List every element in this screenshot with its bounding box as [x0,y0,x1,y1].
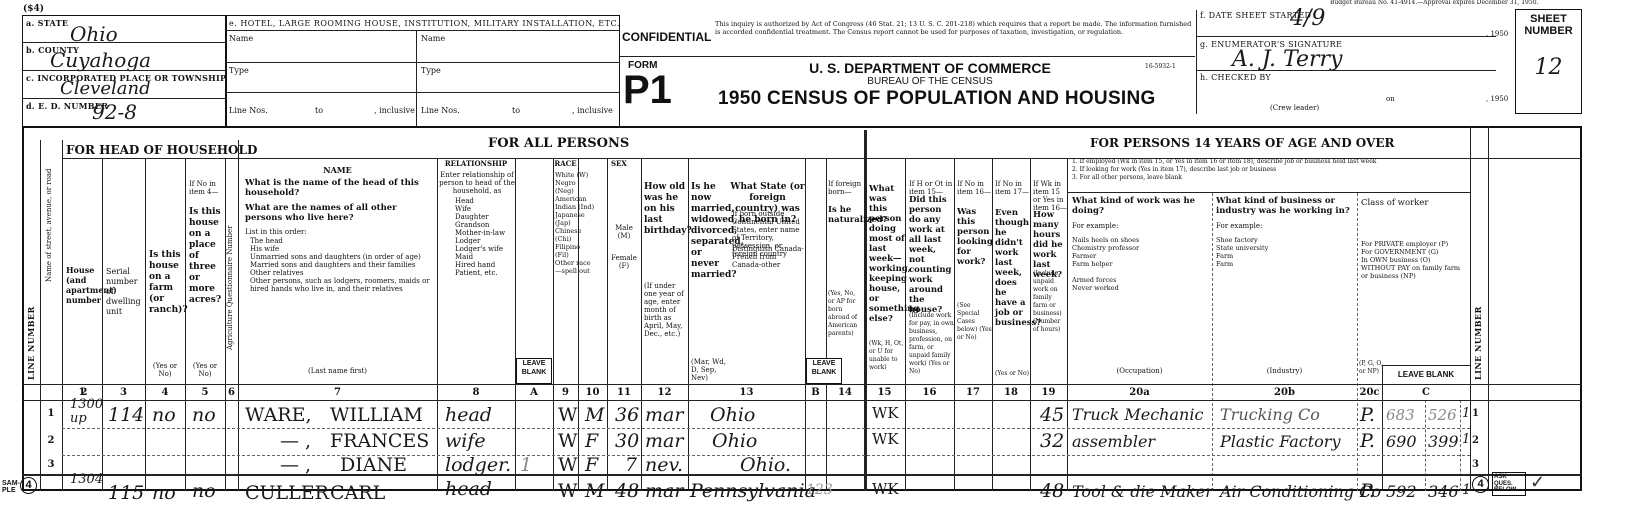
sex[interactable]: M [585,404,604,426]
class-of-worker[interactable]: P. [1360,480,1375,502]
relationship[interactable]: lodger. [445,454,511,476]
col-ind-examples: Shoe factory State university Farm Farm [1216,236,1354,268]
col-agri: Agriculture Questionnaire Number [226,226,234,350]
occupation[interactable]: Truck Mechanic [1072,405,1203,424]
form-number: P1 [623,70,672,110]
col-occ-hint: (Occupation) [1067,367,1212,375]
col-marital-hint: (Mar, Wd, D, Sep, Nev) [691,358,731,382]
industry[interactable]: Plastic Factory [1220,432,1341,451]
colnum-17: 17 [954,387,992,398]
acres-answer[interactable]: no [192,404,216,426]
colnum-7: 7 [238,387,437,398]
colnum-18: 18 [992,387,1030,398]
sheet-number-value[interactable]: 12 [1515,55,1582,80]
col-hours-hint: (Include unpaid work on family farm or b… [1033,270,1067,334]
activity[interactable]: WK [872,430,899,448]
activity[interactable]: WK [872,404,899,422]
col-street: Name of street, avenue, or road [45,168,53,282]
checkmark-icon: ✓ [1530,472,1545,493]
col-birthplace-hint2: Distinguish Canada-French from Canada-ot… [732,245,804,269]
colnum-5: 5 [185,387,225,398]
col-rel-list: Head Wife Daughter Grandson Mother-in-la… [455,197,515,277]
industry[interactable]: Trucking Co [1220,405,1320,424]
col-class-hint: (P, G, O, or NP) [1359,360,1383,376]
col-job-pre: If No in item 17— [995,180,1030,196]
form-code-number: 16-5932-1 [1145,63,1176,71]
first-name[interactable]: DIANE [340,454,407,476]
colnum-16: 16 [905,387,954,398]
marital-status[interactable]: mar [645,480,683,502]
sample-line-circle-right: 4 [1472,476,1489,493]
enumerator-signature[interactable]: A. J. Terry [1232,47,1342,72]
col-line-number: LINE NUMBER [26,306,36,380]
first-name[interactable]: CARL [330,482,385,504]
leave-blank-b: LEAVE BLANK [806,358,842,384]
line-nos-label-2: Line Nos. [421,106,460,116]
code-c3: 1 [1462,432,1470,447]
relationship[interactable]: head [445,478,492,500]
hours[interactable]: 32 [1040,430,1064,452]
birthplace[interactable]: Pennsylvania [690,480,816,502]
col-farm: Is this house on a farm (or ranch)? [149,250,183,316]
col-ind-examples-label: For example: [1216,222,1262,230]
class-of-worker[interactable]: P. [1360,430,1375,452]
state-label: a. STATE [26,18,68,28]
code-c1: 683 [1386,406,1415,424]
col-age-hint: (If under one year of age, enter month o… [644,282,688,338]
emp-notes: 1. If employed (Wk in item 15, or Yes in… [1072,158,1467,182]
institution-name-label: Name [229,34,253,44]
col-marital: Is he now married, widowed, divorced, se… [691,182,731,281]
col-name-hint: (Last name first) [238,367,437,375]
hours[interactable]: 48 [1040,480,1064,502]
col-acres-pre: If No in item 4— [189,180,223,196]
sex[interactable]: F [585,454,598,476]
code-c3: 1 [1462,482,1471,498]
colnum-c: C [1382,387,1470,398]
confidential-title: CONFIDENTIAL [622,30,711,44]
occupation[interactable]: Tool & die Maker [1072,482,1213,501]
marital-status[interactable]: mar [645,404,683,426]
serial-number[interactable]: 114 [108,404,144,426]
col-class-title: Class of worker [1361,198,1428,208]
col-farm-hint: (Yes or No) [146,362,184,378]
code-c2: 526 [1428,406,1457,424]
checked-label: h. CHECKED BY [1200,73,1271,82]
col-job-hint: (Yes or No) [995,370,1030,378]
hours[interactable]: 45 [1040,404,1064,426]
date-value[interactable]: 4/9 [1290,6,1325,31]
col-class-list: For PRIVATE employer (P) For GOVERNMENT … [1361,240,1469,280]
section-head-of-household: FOR HEAD OF HOUSEHOLD [66,143,257,157]
colnum-12: 12 [641,387,688,398]
birthplace[interactable]: Ohio [712,430,757,452]
form-title: 1950 CENSUS OF POPULATION AND HOUSING [718,88,1156,110]
col-occ-examples: Nails heels on shoes Chemistry professor… [1072,236,1207,292]
col-race-title: RACE [553,160,578,168]
colnum-4: 4 [145,387,185,398]
age[interactable]: 48 [615,480,639,502]
department: U. S. DEPARTMENT OF COMMERCE [780,60,1080,76]
place-value[interactable]: Cleveland [60,78,151,99]
line-number-right: 1 [1472,408,1479,419]
institution-type-label-2: Type [421,66,441,76]
race[interactable]: W [558,430,578,452]
sample-line-circle: 4 [20,477,37,494]
state-value[interactable]: Ohio [70,22,118,46]
colnum-20c: 20c [1357,387,1382,398]
col-rel-title: RELATIONSHIP [437,160,515,168]
leave-blank-a-value: 1 [520,454,532,476]
colnum-11: 11 [607,387,641,398]
code-c1: 690 [1386,432,1417,451]
col-sex-list: Male (M) Female (F) [608,224,640,270]
birthplace[interactable]: Ohio [710,404,755,426]
col-natural-pre: If foreign born— [828,180,862,196]
col-name-list-intro: List in this order: [245,228,307,236]
year-suffix: , 1950 [1486,95,1508,103]
colnum-13: 13 [688,387,805,398]
col-anywork: Did this person do any work at all last … [909,195,954,315]
col-house-number: House (and apartment) number [66,265,100,305]
col-anywork-pre: If H or Ot in item 15— [909,180,954,196]
first-name[interactable]: FRANCES [330,430,429,452]
institution-name-label-2: Name [421,34,445,44]
leave-blank-c: LEAVE BLANK [1382,370,1470,379]
ed-value[interactable]: 92-8 [92,100,137,124]
age[interactable]: 36 [615,404,639,426]
last-name[interactable]: WARE, [245,404,312,426]
occupation[interactable]: assembler [1072,432,1155,451]
race[interactable]: W [558,404,578,426]
birthplace[interactable]: Ohio. [740,454,791,476]
on-label: on [1386,95,1395,103]
relationship[interactable]: wife [445,430,486,452]
last-name[interactable]: — , [280,430,311,452]
sheet-number-label: SHEET NUMBER [1515,13,1582,37]
first-name[interactable]: WILLIAM [330,404,423,426]
col-name-title: NAME [240,165,435,175]
age[interactable]: 7 [625,454,637,476]
colnum-6: 6 [225,387,238,398]
col-occ-examples-label: For example: [1072,222,1118,230]
col-name-list: The head His wife Unmarried sons and dau… [250,237,435,293]
col-rel-desc: Enter relationship of person to head of … [439,171,515,195]
sex[interactable]: F [585,430,598,452]
farm-answer[interactable]: no [152,404,176,426]
line-nos-label: Line Nos. [229,106,268,116]
bureau: BUREAU OF THE CENSUS [780,76,1080,87]
col-serial: Serial number of dwelling unit [106,267,144,317]
col-natural: Is he naturalized? [828,205,862,225]
line-number-right: 2 [1472,435,1479,446]
col-occ-title: What kind of work was he doing? [1072,196,1210,216]
last-name[interactable]: CULLER [245,482,329,504]
race[interactable]: W [558,480,578,502]
institution-type-label: Type [229,66,249,76]
col-acres-hint: (Yes or No) [186,362,224,378]
col-line-number-right: LINE NUMBER [1473,306,1483,380]
section-all-persons: FOR ALL PERSONS [488,136,629,151]
inclusive-label: , inclusive [374,106,415,116]
institution-header: e. HOTEL, LARGE ROOMING HOUSE, INSTITUTI… [229,19,620,28]
last-name[interactable]: — , [280,454,311,476]
confidential-text: This inquiry is authorized by Act of Con… [715,20,1195,36]
leave-blank-a: LEAVE BLANK [516,358,552,384]
col-hours-pre: If Wk in item 15 or Yes in item 16— [1033,180,1067,212]
colnum-20b: 20b [1212,387,1357,398]
inclusive-label-2: , inclusive [572,106,613,116]
line-number-right: 3 [1472,459,1479,470]
col-looking-pre: If No in item 16— [957,180,992,196]
colnum-20a: 20a [1067,387,1212,398]
line-number: 2 [40,435,62,446]
col-activity: What was this person doing most of last … [869,184,905,324]
relationship[interactable]: head [445,404,492,426]
industry[interactable]: Air Conditioning Co [1220,482,1381,501]
col-acres: Is this house on a place of three or mor… [189,207,225,306]
colnum-19: 19 [1030,387,1067,398]
code-c3: 1 [1462,406,1470,421]
colnum-8: 8 [437,387,515,398]
acres-answer[interactable]: no [192,480,216,502]
ask-questions-below: ASK QUES. BELOW [1492,472,1526,496]
col-name-q2: What are the names of all other persons … [245,203,435,223]
col-anywork-hint: (Include work for pay, in own business, … [909,312,954,376]
house-number[interactable]: 1300 up [70,398,104,426]
col-looking-hint: (See Special Cases below) (Yes or No) [957,302,992,342]
colnum-a: A [515,387,553,398]
line-number: 3 [40,459,62,470]
serial-number[interactable]: 115 [108,482,144,504]
race[interactable]: W [558,454,578,476]
colnum-10: 10 [578,387,607,398]
leave-blank-b-value: 123 [806,482,833,498]
col-natural-hint: (Yes, No, or AP for born abroad of Ameri… [828,290,862,338]
to-label-2: to [512,106,520,116]
to-label: to [315,106,323,116]
colnum-9: 9 [553,387,578,398]
col-age: How old was he on his last birthday? [644,182,688,237]
marital-status[interactable]: nev. [645,454,683,476]
age[interactable]: 30 [615,430,639,452]
budget-note: Budget Bureau No. 41-4914.—Approval expi… [1330,0,1538,7]
sex[interactable]: M [585,480,604,502]
county-value[interactable]: Cuyahoga [50,48,151,72]
farm-answer[interactable]: no [152,482,176,504]
col-job: Even though he didn't work last week, do… [995,208,1030,328]
col-race-list: White (W) Negro (Neg) American Indian (I… [555,171,595,275]
marital-status[interactable]: mar [645,430,683,452]
activity[interactable]: WK [872,480,899,498]
house-number[interactable]: 1304 [70,472,103,487]
colnum-14: 14 [826,387,864,398]
col-looking: Was this person looking for work? [957,207,992,267]
crew-leader-label: (Crew leader) [1270,104,1319,112]
colnum-15: 15 [864,387,905,398]
colnum-b: B [805,387,826,398]
col-sex-title: SEX [611,160,627,168]
colnum-3: 3 [102,387,145,398]
class-of-worker[interactable]: P. [1360,404,1375,426]
code-c2: 346 [1428,482,1459,501]
col-ind-title: What kind of business or industry was he… [1216,196,1356,216]
col-activity-hint: (Wk, H, Ot, or U for unable to work) [869,340,905,372]
sample-label: SAM-PLE [2,480,18,494]
line-number: 1 [40,408,62,419]
section-persons-14: FOR PERSONS 14 YEARS OF AGE AND OVER [1090,136,1394,150]
form-code: ($4) [23,4,44,14]
code-c2: 399 [1428,432,1459,451]
col-name-q1: What is the name of the head of this hou… [245,178,435,198]
col-ind-hint: (Industry) [1212,367,1357,375]
code-c1: 592 [1386,482,1417,501]
